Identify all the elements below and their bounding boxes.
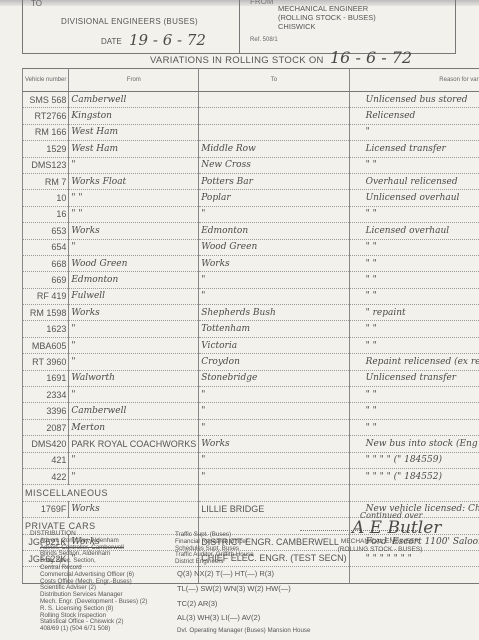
distribution-item: District Engineers bbox=[175, 559, 254, 566]
section-heading: MISCELLANEOUS bbox=[23, 485, 199, 501]
table-row: MBA605"Victoria" " bbox=[23, 337, 479, 353]
from-location: " bbox=[69, 387, 199, 403]
table-row: 422""" " " " (" 184552)NE bbox=[23, 468, 479, 484]
to-location bbox=[199, 92, 349, 108]
reason-cell: Unlicensed bus storedE & SVS bbox=[349, 92, 479, 108]
table-row: DMS420PARK ROYAL COACHWORKSWorksNew bus … bbox=[23, 436, 479, 452]
distribution-item: 408/69 (1) (504 6/71 508) bbox=[30, 626, 147, 633]
from-label: FROM bbox=[250, 0, 274, 6]
memo-date: 19 - 6 - 72 bbox=[129, 31, 206, 49]
to-location bbox=[199, 108, 349, 124]
table-row: RM 166West Ham"E bbox=[23, 124, 479, 140]
reason-cell: " "NE bbox=[349, 419, 479, 435]
reason-text: " repaint bbox=[352, 308, 406, 318]
vehicle-number: 2334 bbox=[23, 387, 69, 403]
to-location: Middle Row bbox=[199, 141, 349, 157]
reason-cell: " repaint bbox=[349, 305, 479, 321]
table-row: 1691WalworthStonebridgeUnlicensed transf… bbox=[23, 370, 479, 386]
reason-text: " " bbox=[352, 390, 377, 400]
vehicle-number: 421 bbox=[23, 452, 69, 468]
from-location: " " bbox=[69, 190, 199, 206]
vehicle-number: 1769F bbox=[23, 501, 69, 517]
distribution-left-items: Advert. Controller, AldenhamAdvert. Cont… bbox=[30, 538, 147, 633]
reason-cell: " " bbox=[349, 272, 479, 288]
document-title: VARIATIONS IN ROLLING STOCK ON bbox=[150, 55, 324, 66]
vehicle-number: RM 1598 bbox=[23, 305, 69, 321]
reason-cell: " "" " bbox=[349, 206, 479, 222]
from-location: " " bbox=[69, 206, 199, 222]
reason-text: " " bbox=[352, 209, 377, 219]
to-location: Shepherds Bush bbox=[199, 305, 349, 321]
to-location: Victoria bbox=[199, 337, 349, 353]
district-codes-line-2: TL(—) SW(2) WN(3) W(2) HW(—) bbox=[177, 584, 291, 593]
reason-text bbox=[352, 570, 366, 580]
distribution-right-items: Traffic Supt. (Buses)Financial Research … bbox=[175, 532, 254, 566]
from-location: West Ham bbox=[69, 141, 199, 157]
vehicle-number: 1529 bbox=[23, 141, 69, 157]
vehicle-number: 3396 bbox=[23, 403, 69, 419]
from-location: " bbox=[69, 239, 199, 255]
reason-text: " bbox=[352, 127, 370, 137]
table-row: 2334""" "NE bbox=[23, 387, 479, 403]
from-section: FROM MECHANICAL ENGINEER (ROLLING STOCK … bbox=[240, 0, 455, 53]
reason-cell: "E bbox=[349, 124, 479, 140]
reason-text: " " bbox=[352, 259, 377, 269]
to-location: " bbox=[199, 288, 349, 304]
to-location: Poplar bbox=[199, 190, 349, 206]
vehicle-number: 10 bbox=[23, 190, 69, 206]
to-location: " bbox=[199, 468, 349, 484]
table-row: 16" """ "" " bbox=[23, 206, 479, 222]
to-label: TO bbox=[31, 0, 42, 8]
vehicle-number: 653 bbox=[23, 223, 69, 239]
reason-text: Licensed overhaul bbox=[352, 226, 450, 236]
from-location: Walworth bbox=[69, 370, 199, 386]
reason-cell bbox=[349, 567, 479, 583]
rolling-stock-table: Vehicle number From To Reason for variat… bbox=[22, 68, 479, 584]
from-location: " bbox=[69, 452, 199, 468]
table-row: 421""" " " " (" 184559)NE bbox=[23, 452, 479, 468]
reason-text: Repaint relicensed (ex recert) bbox=[352, 357, 479, 367]
reason-text: " " bbox=[352, 341, 377, 351]
reason-text: Unlicensed bus stored bbox=[352, 95, 468, 105]
to-location: Potters Bar bbox=[199, 173, 349, 189]
from-location: " bbox=[69, 337, 199, 353]
vehicle-number: 654 bbox=[23, 239, 69, 255]
table-row: RT2766KingstonRelicensedE bbox=[23, 108, 479, 124]
to-location: Works bbox=[199, 436, 349, 452]
table-row: 669Edmonton"" " bbox=[23, 272, 479, 288]
reason-cell: " " bbox=[349, 239, 479, 255]
vehicle-number: 669 bbox=[23, 272, 69, 288]
to-section: TO DIVISIONAL ENGINEERS (BUSES) DATE 19 … bbox=[23, 0, 240, 53]
table-row: DMS123"New Cross" " bbox=[23, 157, 479, 173]
vehicle-number: 668 bbox=[23, 255, 69, 271]
col-reason: Reason for variation bbox=[349, 69, 479, 92]
vehicle-number: 1623 bbox=[23, 321, 69, 337]
table-row: 10" "PoplarUnlicensed overhaulE & SVS bbox=[23, 190, 479, 206]
memo-header: TO DIVISIONAL ENGINEERS (BUSES) DATE 19 … bbox=[22, 0, 456, 54]
vehicle-number: 1691 bbox=[23, 370, 69, 386]
from-location: Camberwell bbox=[69, 92, 199, 108]
to-location: Wood Green bbox=[199, 239, 349, 255]
reason-text: " " " " (" 184552) bbox=[352, 472, 442, 482]
reason-text: Overhaul relicensed bbox=[352, 177, 458, 187]
to-location: Stonebridge bbox=[199, 370, 349, 386]
vehicle-number: RT 3960 bbox=[23, 354, 69, 370]
distribution-right: Traffic Supt. (Buses)Financial Research … bbox=[175, 532, 254, 566]
to-location: New Cross bbox=[199, 157, 349, 173]
to-location: " bbox=[199, 206, 349, 222]
vehicle-number: DMS420 bbox=[23, 436, 69, 452]
reason-cell: Overhaul relicensedE bbox=[349, 173, 479, 189]
reason-cell: " "NE bbox=[349, 387, 479, 403]
reason-cell: Unlicensed transferNE bbox=[349, 370, 479, 386]
from-location: " bbox=[69, 157, 199, 173]
table-row: 654"Wood Green" " bbox=[23, 239, 479, 255]
empty-cell bbox=[349, 485, 479, 501]
from-location: Works Float bbox=[69, 173, 199, 189]
from-location: Wood Green bbox=[69, 255, 199, 271]
reason-text: Unlicensed overhaul bbox=[352, 193, 460, 203]
section-row: MISCELLANEOUS bbox=[23, 485, 479, 501]
vehicle-number: 2087 bbox=[23, 419, 69, 435]
vehicle-number: DMS123 bbox=[23, 157, 69, 173]
reason-text: " " bbox=[352, 324, 377, 334]
vehicle-number: RM 166 bbox=[23, 124, 69, 140]
from-location: Fulwell bbox=[69, 288, 199, 304]
from-location: Edmonton bbox=[69, 272, 199, 288]
reason-text: " " " " (" 184559) bbox=[352, 455, 442, 465]
vehicle-number: RT2766 bbox=[23, 108, 69, 124]
table-row: RM 1598WorksShepherds Bush" repaint bbox=[23, 305, 479, 321]
to-location bbox=[199, 124, 349, 140]
vehicle-number: RM 7 bbox=[23, 173, 69, 189]
reason-cell: " " bbox=[349, 321, 479, 337]
table-row: 653WorksEdmontonLicensed overhaul bbox=[23, 223, 479, 239]
to-location: Croydon bbox=[199, 354, 349, 370]
table-row: 668Wood GreenWorks" " bbox=[23, 255, 479, 271]
reason-cell: RelicensedE bbox=[349, 108, 479, 124]
reason-text: " " bbox=[352, 406, 377, 416]
from-location: " bbox=[69, 321, 199, 337]
table-row: RT 3960"CroydonRepaint relicensed (ex re… bbox=[23, 354, 479, 370]
district-codes-line-1: Q(3) NX(2) T(—) HT(—) R(3) bbox=[177, 569, 274, 578]
table-row: 1529West HamMiddle RowLicensed transfer bbox=[23, 141, 479, 157]
reason-cell: " " bbox=[349, 337, 479, 353]
table-header-row: Vehicle number From To Reason for variat… bbox=[23, 69, 479, 92]
to-location: " bbox=[199, 403, 349, 419]
recipient: DIVISIONAL ENGINEERS (BUSES) bbox=[61, 17, 198, 26]
reason-text: " " bbox=[352, 423, 377, 433]
vehicle-number: MBA605 bbox=[23, 337, 69, 353]
sender-line-3: CHISWICK bbox=[278, 22, 316, 31]
table-body: SMS 568CamberwellUnlicensed bus storedE … bbox=[23, 92, 479, 584]
reason-cell: " " bbox=[349, 255, 479, 271]
reason-cell: " " bbox=[349, 157, 479, 173]
reason-cell: Licensed transfer bbox=[349, 141, 479, 157]
from-location: PARK ROYAL COACHWORKS bbox=[69, 436, 199, 452]
table-row: 1623"Tottenham" " bbox=[23, 321, 479, 337]
col-from: From bbox=[69, 69, 199, 92]
empty-cell bbox=[199, 485, 349, 501]
sender-line-2: (ROLLING STOCK - BUSES) bbox=[278, 13, 376, 22]
reason-text: " " " " " " " bbox=[352, 554, 412, 564]
to-location: " bbox=[199, 419, 349, 435]
table-row: SMS 568CamberwellUnlicensed bus storedE … bbox=[23, 92, 479, 108]
distribution-footer: Dvl. Operating Manager (Buses) Mansion H… bbox=[177, 627, 310, 634]
signature: A E Butler bbox=[352, 518, 441, 538]
reference-number: Ref. 508/1 bbox=[250, 37, 278, 43]
reason-text: New bus into stock (Eng No 184352) bbox=[352, 439, 479, 449]
reason-cell: " " bbox=[349, 288, 479, 304]
table-row: 2087Merton"" "NE bbox=[23, 419, 479, 435]
from-location: Works bbox=[69, 305, 199, 321]
signatory-title: MECHANICAL ENGINEER (ROLLING STOCK - BUS… bbox=[320, 538, 440, 554]
reason-cell: " "EL NE bbox=[349, 403, 479, 419]
to-location: " bbox=[199, 452, 349, 468]
from-location: " bbox=[69, 468, 199, 484]
to-location: " bbox=[199, 272, 349, 288]
reason-cell: Unlicensed overhaulE & SVS bbox=[349, 190, 479, 206]
vehicle-number: 16 bbox=[23, 206, 69, 222]
to-location: LILLIE BRIDGE bbox=[199, 501, 349, 517]
reason-text: " " bbox=[352, 160, 377, 170]
sender-line-1: MECHANICAL ENGINEER bbox=[278, 4, 368, 13]
reason-text: " " bbox=[352, 291, 377, 301]
vehicle-number: SMS 568 bbox=[23, 92, 69, 108]
distribution-list: DISTRIBUTION Advert. Controller, Aldenha… bbox=[30, 531, 147, 633]
reason-cell: " " " " (" 184559)NE bbox=[349, 452, 479, 468]
col-to: To bbox=[199, 69, 349, 92]
table-row: RF 419Fulwell"" " bbox=[23, 288, 479, 304]
from-location: " bbox=[69, 354, 199, 370]
from-location: West Ham bbox=[69, 124, 199, 140]
to-location: Tottenham bbox=[199, 321, 349, 337]
from-location: Works bbox=[69, 501, 199, 517]
reason-cell: New bus into stock (Eng No 184352)NE bbox=[349, 436, 479, 452]
reason-cell: Repaint relicensed (ex recert)E bbox=[349, 354, 479, 370]
col-vehicle-number: Vehicle number bbox=[23, 69, 69, 92]
signatory-title-line-1: MECHANICAL ENGINEER bbox=[320, 538, 440, 546]
reason-cell: Licensed overhaul bbox=[349, 223, 479, 239]
to-location: Works bbox=[199, 255, 349, 271]
date-label: DATE bbox=[101, 37, 122, 46]
vehicle-number: RF 419 bbox=[23, 288, 69, 304]
from-location: Camberwell bbox=[69, 403, 199, 419]
reason-text: " " bbox=[352, 242, 377, 252]
signatory-title-line-2: (ROLLING STOCK - BUSES) bbox=[320, 546, 440, 554]
reason-text: Licensed transfer bbox=[352, 144, 446, 154]
reason-text: Unlicensed transfer bbox=[352, 373, 457, 383]
table-row: RM 7Works FloatPotters BarOverhaul relic… bbox=[23, 173, 479, 189]
district-codes-line-3: TC(2) AR(3) bbox=[177, 599, 217, 608]
to-location: " bbox=[199, 387, 349, 403]
to-location: Edmonton bbox=[199, 223, 349, 239]
from-location: Merton bbox=[69, 419, 199, 435]
reason-text: Relicensed bbox=[352, 111, 416, 121]
reason-cell: " " " " (" 184552)NE bbox=[349, 468, 479, 484]
district-codes-line-4: AL(3) WH(3) LI(—) AV(2) bbox=[177, 613, 260, 622]
from-location: Works bbox=[69, 223, 199, 239]
vehicle-number: 422 bbox=[23, 468, 69, 484]
table-row: 3396Camberwell"" "EL NE bbox=[23, 403, 479, 419]
variation-date: 16 - 6 - 72 bbox=[330, 48, 412, 67]
from-location: Kingston bbox=[69, 108, 199, 124]
reason-text: " " bbox=[352, 275, 377, 285]
